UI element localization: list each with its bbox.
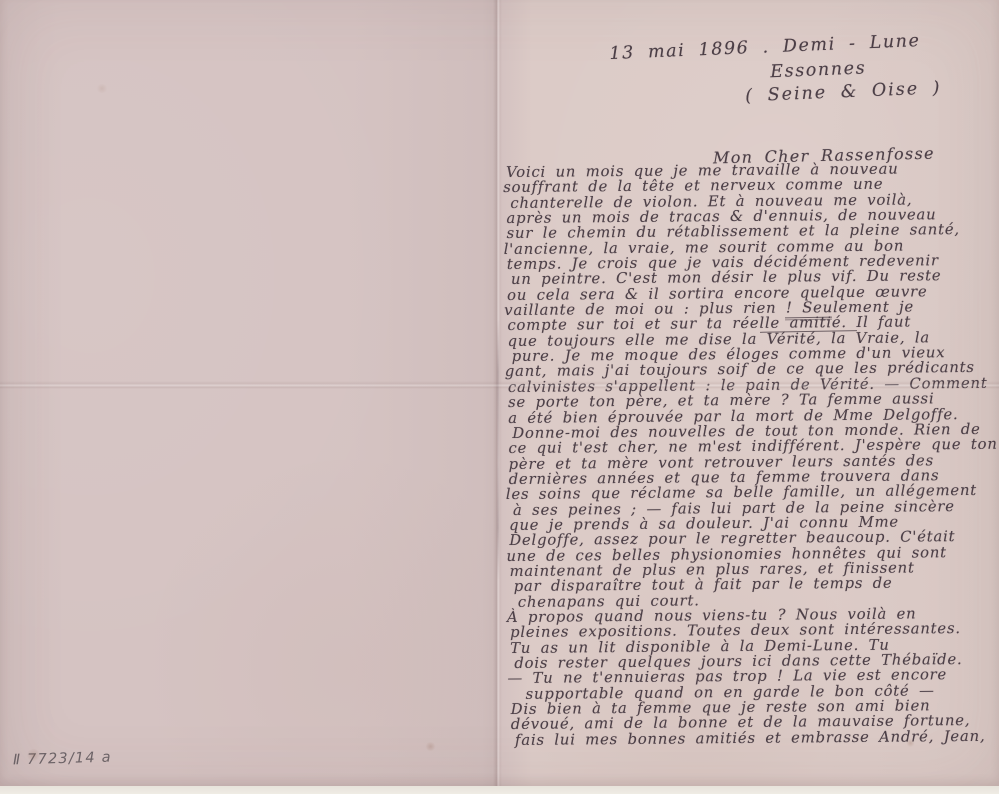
letter-body: Voici un mois que je me travaille à nouv…	[506, 161, 999, 748]
letter-content: 13 mai 1896 . Demi - Lune Essonnes ( Sei…	[497, 0, 999, 787]
page-left-blank: Ⅱ 7723/14 a	[0, 0, 497, 787]
scanner-bed-strip	[0, 786, 999, 794]
letter-heading: 13 mai 1896 . Demi - Lune Essonnes ( Sei…	[609, 30, 942, 112]
inventory-number: Ⅱ 7723/14 a	[13, 750, 112, 769]
department-line: ( Seine & Oise )	[745, 78, 942, 106]
letter-sheet: Ⅱ 7723/14 a 13 mai 1896 . Demi - Lune Es…	[0, 0, 999, 787]
page-right: 13 mai 1896 . Demi - Lune Essonnes ( Sei…	[497, 0, 999, 787]
scanned-letter: Ⅱ 7723/14 a 13 mai 1896 . Demi - Lune Es…	[0, 0, 999, 794]
letter-line: fais lui mes bonnes amitiés et embrasse …	[515, 728, 999, 748]
